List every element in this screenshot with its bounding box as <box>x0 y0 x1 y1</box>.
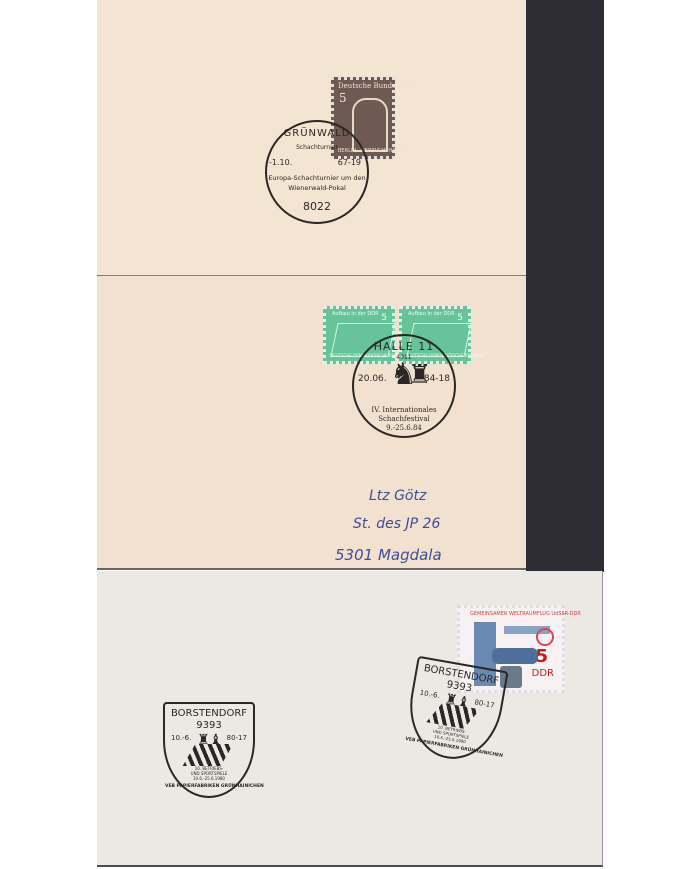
stamp-value: 5 <box>535 646 548 667</box>
postmark-city: BORSTENDORF <box>165 708 253 719</box>
interkosmos-logo-icon <box>536 628 554 646</box>
stamp-value: 5 <box>381 313 387 323</box>
cover-2: Aufbau in der DDR 5 DEUTSCHE DEMOKRATISC… <box>97 276 526 570</box>
stamp-value: 5 <box>339 91 347 105</box>
postmark-line1: Europa-Schachturnier um den <box>267 174 367 182</box>
postmark-city: HALLE 11 <box>354 340 454 353</box>
postmark-line3: 10.6.-25.6.1980 <box>165 776 253 781</box>
postmark-inner-text: Schachturnier <box>267 144 367 151</box>
stamp-header: Aufbau in der DDR <box>332 311 379 317</box>
cover-1: Deutsche Bundespost 5 BERLIN · HEINRICHS… <box>97 0 526 276</box>
postmark-line2: Wienerwald-Pokal <box>267 184 367 192</box>
postmark-gruenwald: GRÜNWALD Schachturnier -1.10. 67-19 Euro… <box>265 120 369 224</box>
spacecraft-body-icon <box>492 648 538 664</box>
postmark-postcode: 8022 <box>267 200 367 213</box>
postmark-borstendorf-left: BORSTENDORF 9393 10.-6. 80-17 ♜♝ 10. BET… <box>163 702 255 798</box>
postmark-line1: IV. Internationales <box>354 406 454 414</box>
chess-rook-icon: ♜ <box>408 362 431 388</box>
postmark-city: GRÜNWALD <box>267 128 367 139</box>
stamp-header: Deutsche Bundespost <box>338 82 415 90</box>
postmark-line3: 9.-25.6.84 <box>354 424 454 432</box>
postmark-arc-text: VEB PAPIERFABRIKEN GRÜNHAINICHEN <box>165 784 253 789</box>
cover-3: GEMEINSAMER WELTRAUMFLUG UdSSR-DDR 5 DDR… <box>97 571 603 867</box>
postmark-time: 67-19 <box>261 158 361 167</box>
address-line-1: Ltz Götz <box>369 488 426 504</box>
dark-background-panel <box>526 0 604 572</box>
stamp-country: DDR <box>532 668 554 679</box>
postmark-line2: Schachfestival <box>354 415 454 423</box>
postmark-borstendorf-right: BORSTENDORF 9393 10.-6. 80-17 ♜♝ 10. BET… <box>401 656 508 767</box>
address-line-2: St. des JP 26 <box>353 516 440 532</box>
stamp-header: GEMEINSAMER WELTRAUMFLUG UdSSR-DDR <box>470 611 581 617</box>
address-line-3: 5301 Magdala <box>335 546 442 564</box>
postmark-postcode: 9393 <box>165 720 253 731</box>
chess-pieces-icon: ♜♝ <box>197 732 222 748</box>
stamp-value: 5 <box>457 313 463 323</box>
stamp-header: Aufbau in der DDR <box>408 311 455 317</box>
postmark-halle: HALLE 11 4011 20.06. 84-18 ♞ ♜ IV. Inter… <box>352 334 456 438</box>
